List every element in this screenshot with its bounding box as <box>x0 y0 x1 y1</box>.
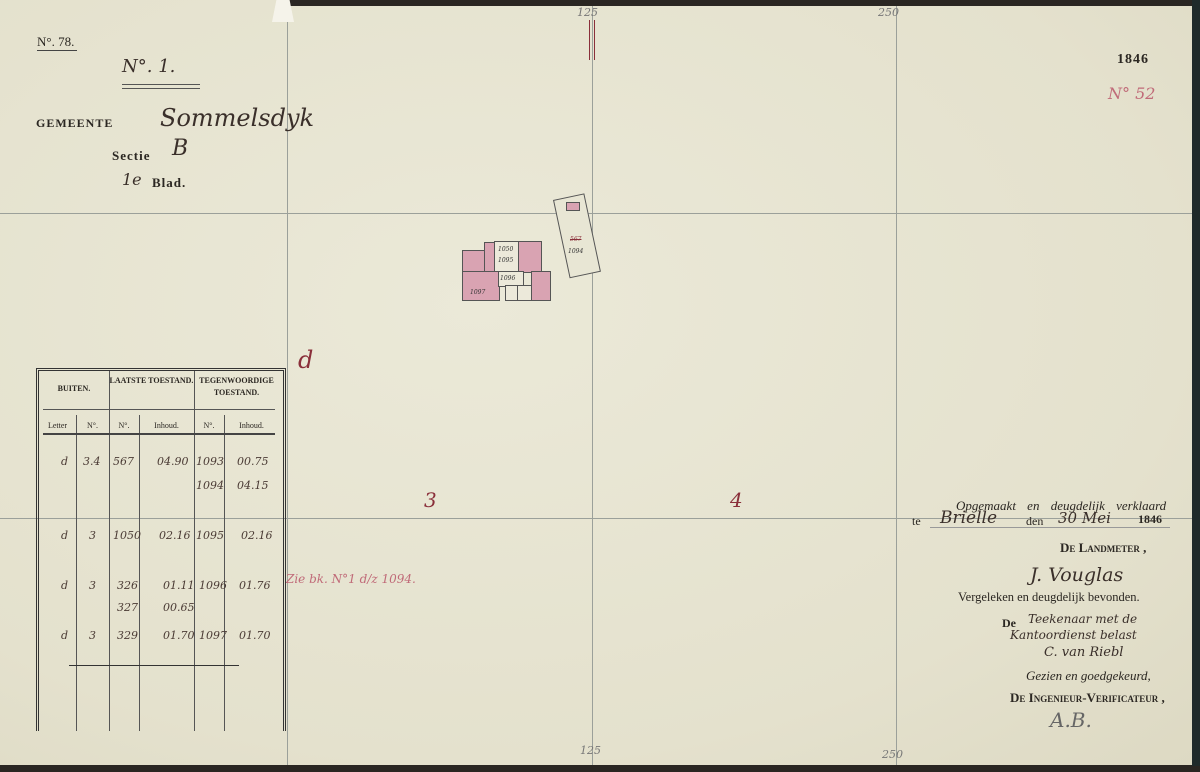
sectie-label: Sectie <box>112 148 150 164</box>
landmeter-signature: J. Vouglas <box>1030 564 1123 586</box>
scan-edge-bottom <box>0 766 1200 772</box>
blad-label: Blad. <box>152 175 186 191</box>
header-divider <box>43 409 275 410</box>
archive-number: N°. 78. <box>37 34 74 50</box>
group-header-tegenwoordige: TEGENWOORDIGE TOESTAND. <box>194 375 279 399</box>
col-header-last-inhoud: Inhoud. <box>139 420 194 432</box>
gezien-text: Gezien en goedgekeurd, <box>1026 668 1151 684</box>
cell-last-inhoud: 01.70 <box>163 629 195 642</box>
cell-letter: d <box>61 629 68 642</box>
cell-no: 3 <box>89 629 96 642</box>
cell-cur-no: 1093 <box>196 455 224 468</box>
cell-last-inhoud: 00.65 <box>163 601 195 614</box>
year-label: 1846 <box>1117 52 1149 68</box>
place-date-line <box>930 527 1170 528</box>
map-annotation: Zie bk. N°1 d/z 1094. <box>286 572 416 586</box>
col-divider <box>76 415 77 731</box>
cell-letter: d <box>61 455 68 468</box>
sheet-number: N°. 1. <box>122 56 175 77</box>
cert-place: Brielle <box>940 508 997 528</box>
cell-no: 3.4 <box>83 455 101 468</box>
column-header-divider <box>43 433 275 435</box>
grid-line-h1 <box>0 213 1192 214</box>
cell-letter: d <box>61 529 68 542</box>
grid-label-top-125: 125 <box>577 6 598 19</box>
col-header-last-no: N°. <box>109 420 139 432</box>
cell-cur-inhoud: 01.76 <box>239 579 271 592</box>
section-letter: d <box>298 346 313 374</box>
cell-cur-no: 1094 <box>196 479 224 492</box>
cell-cur-no: 1095 <box>196 529 224 542</box>
parcel-label: 1094 <box>568 248 583 255</box>
landmeter-label: De Landmeter , <box>1060 540 1146 556</box>
reference-number: N° 52 <box>1108 84 1155 103</box>
parcel-label-old: 567 <box>570 236 581 243</box>
archive-underline <box>37 50 77 51</box>
cell-no: 3 <box>89 579 96 592</box>
total-line <box>69 665 239 666</box>
parcel <box>518 241 542 273</box>
cell-last-no: 329 <box>117 629 138 642</box>
grid-line-v2 <box>592 0 593 765</box>
col-header-letter: Letter <box>39 420 76 432</box>
parcel <box>462 271 500 301</box>
cell-letter: d <box>61 579 68 592</box>
cell-cur-inhoud: 02.16 <box>241 529 273 542</box>
col-header-no: N°. <box>76 420 109 432</box>
cell-cur-no: 1097 <box>199 629 227 642</box>
parcel-label: 1096 <box>500 275 515 282</box>
north-arrow-icon <box>589 20 595 60</box>
cell-cur-no: 1096 <box>199 579 227 592</box>
grid-label-bottom-125: 125 <box>580 744 601 757</box>
scan-edge-top <box>285 0 1200 6</box>
col-header-cur-inhoud: Inhoud. <box>224 420 279 432</box>
parcel-change-table: BUITEN. LAATSTE TOESTAND. TEGENWOORDIGE … <box>36 368 286 731</box>
col-header-cur-no: N°. <box>194 420 224 432</box>
parcel-label: 1050 <box>498 246 513 253</box>
cell-last-no: 327 <box>117 601 138 614</box>
parcel-label: 1097 <box>470 289 485 296</box>
parcel <box>531 271 551 301</box>
scan-edge-right <box>1192 0 1200 772</box>
verificateur-signature: A.B. <box>1050 708 1092 732</box>
cell-last-no: 1050 <box>113 529 141 542</box>
col-divider <box>224 415 225 731</box>
teekenaar-title-2: Kantoordienst belast <box>1010 628 1137 642</box>
cell-last-inhoud: 04.90 <box>157 455 189 468</box>
vergeleken-text: Vergeleken en deugdelijk bevonden. <box>958 590 1140 605</box>
blad-number: 1e <box>122 170 142 189</box>
verificateur-label: De Ingenieur-Verificateur , <box>1010 690 1165 706</box>
col-divider <box>139 415 140 731</box>
cadastral-sheet: 125 250 125 250 N°. 78. N°. 1. GEMEENTE … <box>0 0 1192 765</box>
block-number-3: 3 <box>424 488 437 512</box>
cell-last-inhoud: 02.16 <box>159 529 191 542</box>
parcel <box>566 202 580 211</box>
sheet-underline <box>122 84 200 89</box>
cell-last-inhoud: 01.11 <box>163 579 195 592</box>
parcel-label: 1095 <box>498 257 513 264</box>
teekenaar-signature: C. van Riebl <box>1044 645 1123 660</box>
teekenaar-title-1: Teekenaar met de <box>1028 612 1137 626</box>
cell-cur-inhoud: 01.70 <box>239 629 271 642</box>
cell-cur-inhoud: 00.75 <box>237 455 269 468</box>
grid-label-top-250: 250 <box>878 6 899 19</box>
group-header-buiten: BUITEN. <box>39 383 109 395</box>
block-number-4: 4 <box>730 488 743 512</box>
sectie-value: B <box>172 136 188 161</box>
cell-last-no: 567 <box>113 455 134 468</box>
grid-label-bottom-250: 250 <box>882 748 903 761</box>
gemeente-label: GEMEENTE <box>36 116 113 131</box>
group-header-laatste: LAATSTE TOESTAND. <box>109 375 194 387</box>
gemeente-value: Sommelsdyk <box>160 104 314 132</box>
cert-te: te <box>912 514 921 529</box>
cell-last-no: 326 <box>117 579 138 592</box>
cert-date: 30 Mei <box>1058 509 1111 527</box>
cell-no: 3 <box>89 529 96 542</box>
cert-year: 1846 <box>1138 512 1162 527</box>
cell-cur-inhoud: 04.15 <box>237 479 269 492</box>
grid-line-v3 <box>896 0 897 765</box>
